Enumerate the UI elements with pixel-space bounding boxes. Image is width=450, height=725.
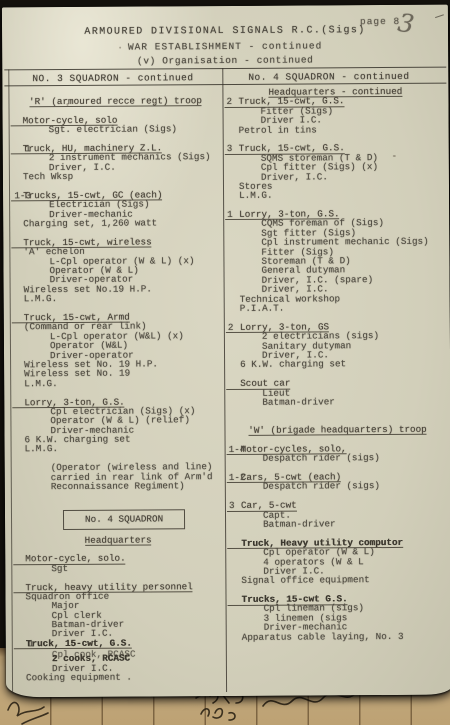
line-text: Cooking equipment . [14, 673, 132, 683]
paper-speck [119, 47, 121, 49]
right-column: Headquarters - continued2Truck, 15-cwt, … [224, 87, 449, 642]
ink-mark [8, 702, 48, 724]
entry-margin-number: 3 [227, 144, 243, 154]
right-column-header: No. 4 SQUADRON - continued [248, 71, 409, 83]
line-text: Apparatus cable laying, No. 3 [228, 632, 404, 642]
header-rule-top [4, 67, 446, 71]
line-text [226, 417, 246, 427]
line-text: L.M.G. [12, 379, 58, 389]
scanned-page: page 8 3 ARMOURED DIVISIONAL SIGNALS R.C… [2, 5, 450, 698]
line-text: L.M.G. [225, 191, 273, 201]
entry-margin-number: 1-3 [11, 191, 31, 201]
left-column-header: NO. 3 SQUADRON - continued [32, 72, 193, 84]
line-text: Tech Wksp [11, 172, 73, 182]
entry-row: Cooking equipment . [14, 672, 224, 683]
entry-margin-number: 3 [229, 501, 245, 511]
line-text [13, 526, 31, 536]
ink-mark [201, 709, 235, 720]
line-text: P.I.A.T. [226, 304, 285, 314]
squadron-box-row: No. 4 SQUADRON [13, 509, 223, 526]
line-text: Sgt [13, 564, 68, 574]
line-text: L.M.G. [12, 294, 58, 304]
entry-margin-number: 1-4 [229, 445, 245, 455]
entry-margin-number: 2 [228, 323, 244, 333]
entry-margin-number: 2 [226, 97, 242, 107]
entry-margin-number: 1 [227, 210, 243, 220]
document-subtitle: WAR ESTABLISHMENT - continued [2, 40, 448, 54]
entry-margin-number: 1-2 [229, 473, 245, 483]
left-column: 'R' (armoured recce regt) troop Motor-cy… [10, 96, 224, 683]
document-section-line: (v) Organisation - continued [2, 54, 448, 68]
document-title: ARMOURED DIVISIONAL SIGNALS R.C.(Sigs) [2, 25, 448, 39]
paper-speck [66, 103, 68, 106]
paper-speck [393, 155, 396, 157]
line-text [13, 454, 31, 464]
entry-margin-number: 1 [14, 639, 34, 649]
entry-row: Apparatus cable laying, No. 3 [228, 631, 450, 642]
entry-margin-number: 1 [11, 144, 31, 154]
line-text: L.M.G. [13, 444, 59, 454]
line-text [13, 501, 31, 511]
pencil-tick-mark [435, 14, 444, 18]
